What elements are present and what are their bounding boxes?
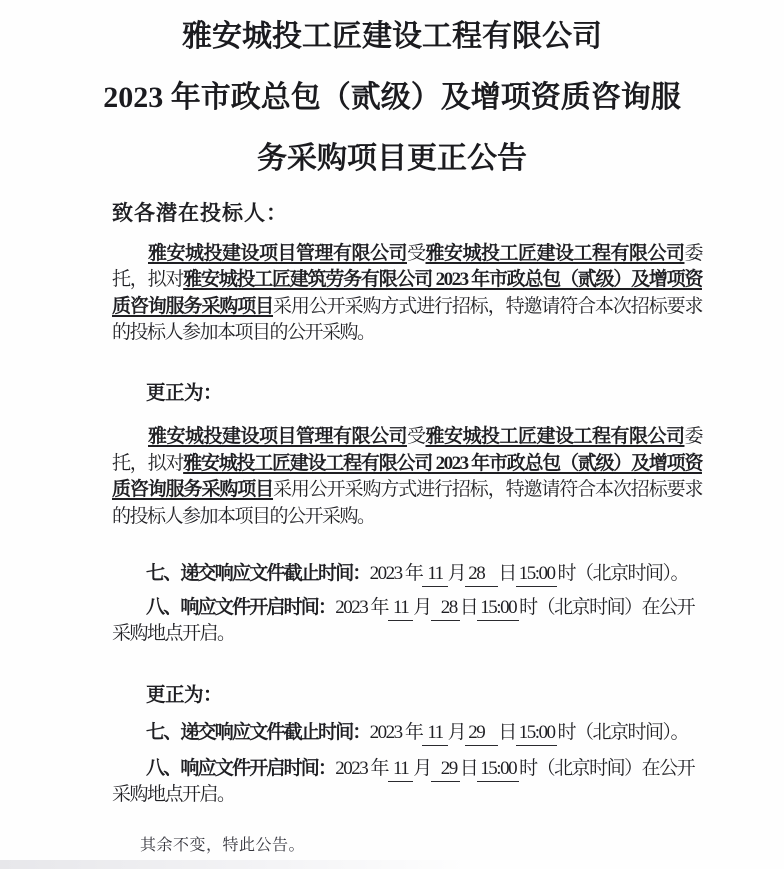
month-unit: 月 bbox=[413, 597, 431, 618]
document-body: 致各潜在投标人： 雅安城投建设项目管理有限公司受雅安城投工匠建设工程有限公司委托… bbox=[112, 200, 702, 857]
month-blank: 11 bbox=[422, 564, 447, 587]
deadline-item-original: 七、递交响应文件截止时间：2023 年11月28日15:00时（北京时间）。 bbox=[112, 561, 702, 587]
day-blank: 28 bbox=[431, 598, 460, 621]
year-text: 2023 年 bbox=[335, 758, 388, 779]
opening-label: 八、响应文件开启时间： bbox=[146, 758, 335, 779]
time-blank: 15:00 bbox=[477, 759, 519, 782]
timezone-suffix: 时（北京时间）。 bbox=[557, 722, 688, 743]
year-text: 2023 年 bbox=[335, 597, 388, 618]
day-unit: 日 bbox=[498, 563, 516, 584]
year-text: 2023 年 bbox=[370, 563, 423, 584]
day-blank: 29 bbox=[465, 723, 498, 746]
correction-label-2: 更正为： bbox=[112, 683, 702, 710]
day-blank: 28 bbox=[465, 564, 498, 587]
opening-label: 八、响应文件开启时间： bbox=[146, 597, 335, 618]
month-unit: 月 bbox=[413, 758, 431, 779]
agent-company-name: 雅安城投建设项目管理有限公司 bbox=[148, 243, 407, 264]
day-unit: 日 bbox=[460, 597, 478, 618]
opening-item-corrected: 八、响应文件开启时间：2023 年11月29日15:00时（北京时间）在公开采购… bbox=[112, 756, 702, 808]
deadline-label: 七、递交响应文件截止时间： bbox=[146, 722, 370, 743]
deadline-label: 七、递交响应文件截止时间： bbox=[146, 563, 370, 584]
month-blank: 11 bbox=[422, 723, 447, 746]
time-blank: 15:00 bbox=[516, 723, 558, 746]
day-unit: 日 bbox=[460, 758, 478, 779]
principal-company-name: 雅安城投工匠建设工程有限公司 bbox=[425, 426, 684, 447]
year-text: 2023 年 bbox=[370, 722, 423, 743]
principal-company-name: 雅安城投工匠建设工程有限公司 bbox=[425, 243, 684, 264]
title-line-1: 雅安城投工匠建设工程有限公司 bbox=[30, 6, 754, 67]
entrust-word: 受 bbox=[407, 426, 426, 447]
lead-in-text: 拟对 bbox=[148, 453, 184, 474]
closing-note: 其余不变，特此公告。 bbox=[112, 835, 702, 857]
document-title: 雅安城投工匠建设工程有限公司 2023 年市政总包（贰级）及增项资质咨询服 务采… bbox=[30, 6, 754, 189]
month-blank: 11 bbox=[388, 759, 413, 782]
month-unit: 月 bbox=[448, 563, 466, 584]
time-blank: 15:00 bbox=[516, 564, 558, 587]
day-blank: 29 bbox=[431, 759, 460, 782]
notice-paragraph-corrected: 雅安城投建设项目管理有限公司受雅安城投工匠建设工程有限公司委托，拟对雅安城投工匠… bbox=[112, 424, 702, 530]
deadline-item-corrected: 七、递交响应文件截止时间：2023 年11月29日15:00时（北京时间）。 bbox=[112, 720, 702, 746]
agent-company-name: 雅安城投建设项目管理有限公司 bbox=[148, 426, 407, 447]
lead-in-text: 拟对 bbox=[148, 269, 184, 290]
month-blank: 11 bbox=[388, 598, 413, 621]
month-unit: 月 bbox=[448, 722, 466, 743]
announcement-document: 雅安城投工匠建设工程有限公司 2023 年市政总包（贰级）及增项资质咨询服 务采… bbox=[0, 0, 784, 869]
correction-label-1: 更正为： bbox=[112, 381, 702, 408]
title-line-3: 务采购项目更正公告 bbox=[30, 128, 754, 189]
opening-item-original: 八、响应文件开启时间：2023 年11月28日15:00时（北京时间）在公开采购… bbox=[112, 595, 702, 647]
time-blank: 15:00 bbox=[477, 598, 519, 621]
title-line-2: 2023 年市政总包（贰级）及增项资质咨询服 bbox=[30, 67, 754, 128]
notice-paragraph-original: 雅安城投建设项目管理有限公司受雅安城投工匠建设工程有限公司委托，拟对雅安城投工匠… bbox=[112, 241, 702, 347]
day-unit: 日 bbox=[498, 722, 516, 743]
salutation: 致各潜在投标人： bbox=[112, 200, 702, 227]
timezone-suffix: 时（北京时间）。 bbox=[557, 563, 688, 584]
entrust-word: 受 bbox=[407, 243, 426, 264]
